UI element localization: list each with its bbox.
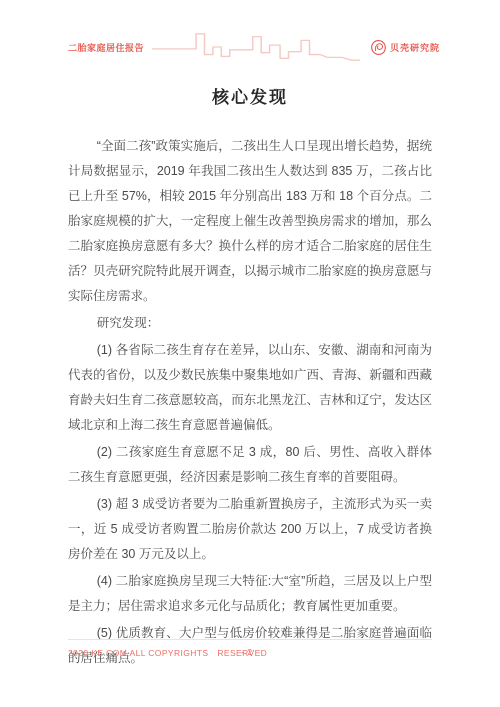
page-number: – 2 – [68, 647, 432, 657]
paragraph-findings-label: 研究发现： [68, 311, 432, 336]
finding-4: (4) 二胎家庭换房呈现三大特征:大“室”所趋，三居及以上户型是主力；居住需求追… [68, 569, 432, 619]
section-title: 核心发现 [68, 88, 432, 108]
finding-1: (1) 各省际二孩生育存在差异，以山东、安徽、湖南和河南为代表的省份，以及少数民… [68, 338, 432, 438]
brand-name: 贝壳研究院 [390, 41, 440, 54]
skyline-graphic [152, 30, 362, 64]
document-body: 核心发现 “全面二孩”政策实施后，二孩出生人口呈现出增长趋势，据统计局数据显示，… [68, 88, 432, 673]
shell-logo-icon [370, 39, 387, 56]
page-header: 二胎家庭居住报告 贝壳研究院 [68, 34, 440, 60]
document-page: 二胎家庭居住报告 贝壳研究院 核心发现 “全面二孩”政策实施后，二孩出生人口呈现… [0, 0, 500, 707]
paragraph-intro: “全面二孩”政策实施后，二孩出生人口呈现出增长趋势，据统计局数据显示，2019 … [68, 134, 432, 309]
page-footer: 2020 KE.COM ALL COPYRIGHTS RESERVED – 2 … [68, 639, 432, 667]
finding-2: (2) 二孩家庭生育意愿不足 3 成，80 后、男性、高收入群体二孩生育意愿更强… [68, 440, 432, 490]
report-title: 二胎家庭居住报告 [68, 41, 144, 54]
brand-logo: 贝壳研究院 [370, 39, 440, 56]
finding-3: (3) 超 3 成受访者要为二胎重新置换房子，主流形式为买一卖一，近 5 成受访… [68, 492, 432, 567]
